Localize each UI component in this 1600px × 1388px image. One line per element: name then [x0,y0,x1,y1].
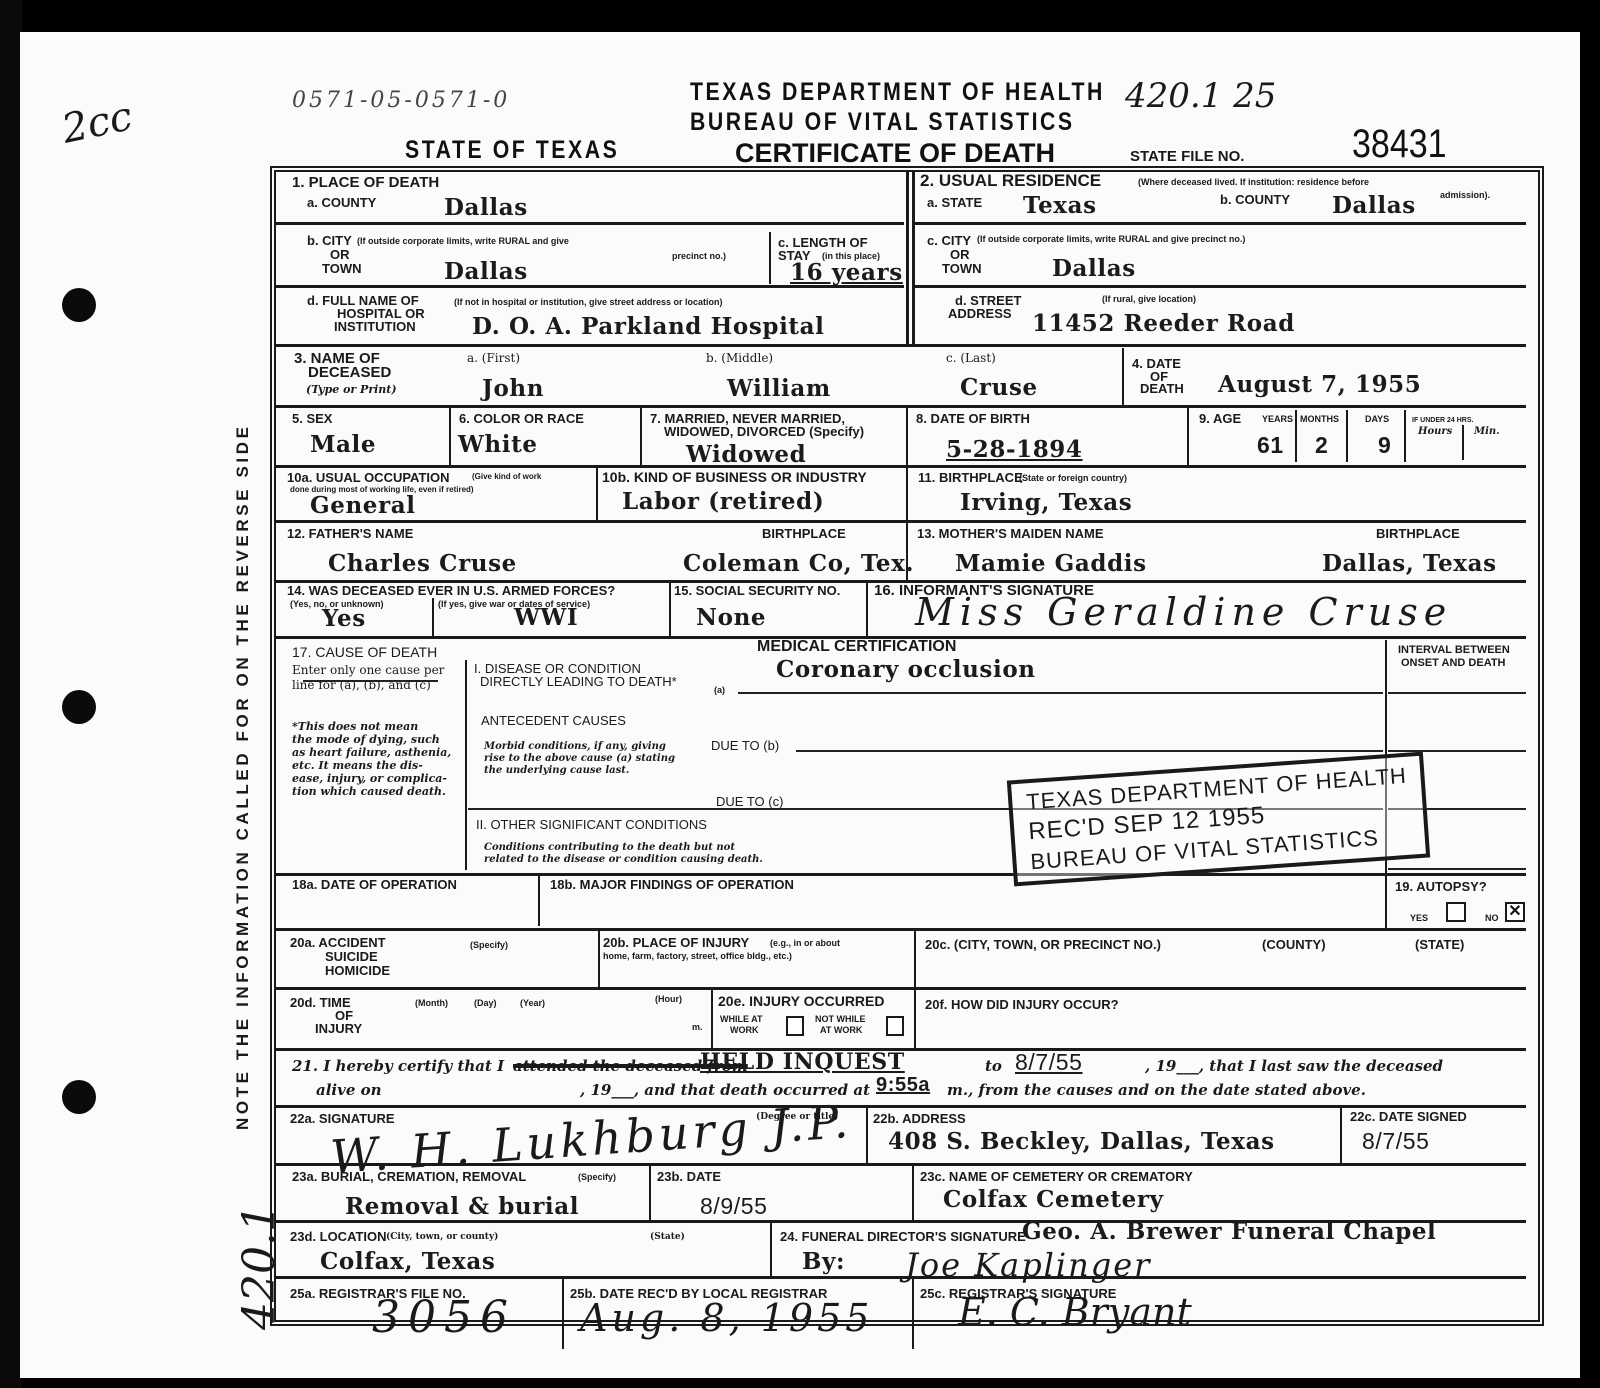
res-city-value: Dallas [1052,255,1136,282]
autopsy-no-checkbox[interactable]: ✕ [1505,902,1525,922]
time-of-death-value: 9:55a [876,1074,930,1097]
bureau-heading: BUREAU OF VITAL STATISTICS [690,108,1075,137]
punch-hole [62,288,96,322]
cemetery-value: Colfax Cemetery [943,1186,1164,1213]
cause-note: *This does not mean the mode of dying, s… [292,720,462,798]
margin-ref-number: 0571-05-0571-0 [292,88,510,113]
scan-edge [0,0,22,1388]
funeral-home-value: Geo. A. Brewer Funeral Chapel [1022,1218,1436,1245]
age-years-value: 61 [1257,432,1284,459]
disposition-value: Removal & burial [345,1193,579,1220]
pod-city-value: Dallas [444,258,528,285]
date-of-birth-value: 5-28-1894 [946,436,1083,463]
industry-value: Labor (retired) [622,488,824,515]
registrar-file-number: 3056 [372,1292,516,1343]
age-months-value: 2 [1315,432,1328,459]
registrar-signature: E. C. Bryant [958,1290,1192,1334]
mother-birthplace-value: Dallas, Texas [1322,550,1497,577]
res-state-label: a. STATE [927,196,982,209]
not-while-at-work-checkbox[interactable] [886,1016,904,1036]
race-value: White [458,431,538,458]
department-heading: TEXAS DEPARTMENT OF HEALTH [690,78,1105,107]
punch-hole [62,1080,96,1114]
burial-location-value: Colfax, Texas [320,1248,495,1275]
certifier-address-value: 408 S. Beckley, Dallas, Texas [888,1128,1275,1155]
mother-name-value: Mamie Gaddis [955,550,1147,577]
pod-county-value: Dallas [444,194,528,221]
punch-hole [62,690,96,724]
usual-residence-hint: (Where deceased lived. If institution: r… [1138,177,1369,187]
ssn-value: None [696,604,766,631]
armed-forces-value: Yes [322,605,366,632]
reverse-side-note: NOTE THE INFORMATION CALLED FOR ON THE R… [236,423,249,1130]
street-value: 11452 Reeder Road [1032,310,1295,337]
res-county-label: b. COUNTY [1220,193,1290,206]
length-of-stay-value: 16 years [790,259,903,286]
res-state-value: Texas [1023,192,1097,219]
middle-name-value: William [727,375,831,402]
date-of-death-value: August 7, 1955 [1218,371,1421,398]
last-name-value: Cruse [960,374,1038,401]
sex-value: Male [310,431,376,458]
father-birthplace-value: Coleman Co, Tex. [683,550,914,577]
autopsy-yes-checkbox[interactable] [1446,902,1466,922]
medical-certification-title: MEDICAL CERTIFICATION [757,640,956,653]
war-service-value: WWI [514,604,578,631]
state-file-number: 38431 [1352,122,1447,167]
due-to-b-label: DUE TO (b) [711,739,779,752]
place-of-death-label: 1. PLACE OF DEATH [292,176,439,189]
occupation-value: General [310,492,416,519]
res-county-value: Dallas [1332,192,1416,219]
due-to-c-label: DUE TO (c) [716,795,783,808]
pod-county-label: a. COUNTY [307,196,376,209]
father-name-value: Charles Cruse [328,550,517,577]
hospital-value: D. O. A. Parkland Hospital [472,313,825,340]
marital-status-value: Widowed [686,441,806,468]
burial-date-value: 8/9/55 [700,1193,768,1220]
first-name-value: John [482,375,544,402]
funeral-director-signature: Joe Kaplinger [905,1246,1151,1284]
age-days-value: 9 [1378,432,1391,459]
margin-note-top-right: 420.1 25 [1125,76,1276,116]
usual-residence-label: 2. USUAL RESIDENCE [920,174,1101,187]
cause-a-value: Coronary occlusion [776,656,1036,683]
state-file-label: STATE FILE NO. [1130,150,1244,163]
registrar-received-date: Aug. 8, 1955 [580,1296,873,1340]
held-inquest-text: HELD INQUEST [700,1049,905,1075]
certificate-title: CERTIFICATE OF DEATH [735,138,1055,169]
birthplace-value: Irving, Texas [960,489,1132,516]
state-heading: STATE OF TEXAS [405,136,619,165]
inquest-date-value: 8/7/55 [1015,1049,1083,1076]
informant-signature: Miss Geraldine Cruse [915,590,1452,634]
date-signed-value: 8/7/55 [1362,1128,1430,1155]
while-at-work-checkbox[interactable] [786,1016,804,1036]
